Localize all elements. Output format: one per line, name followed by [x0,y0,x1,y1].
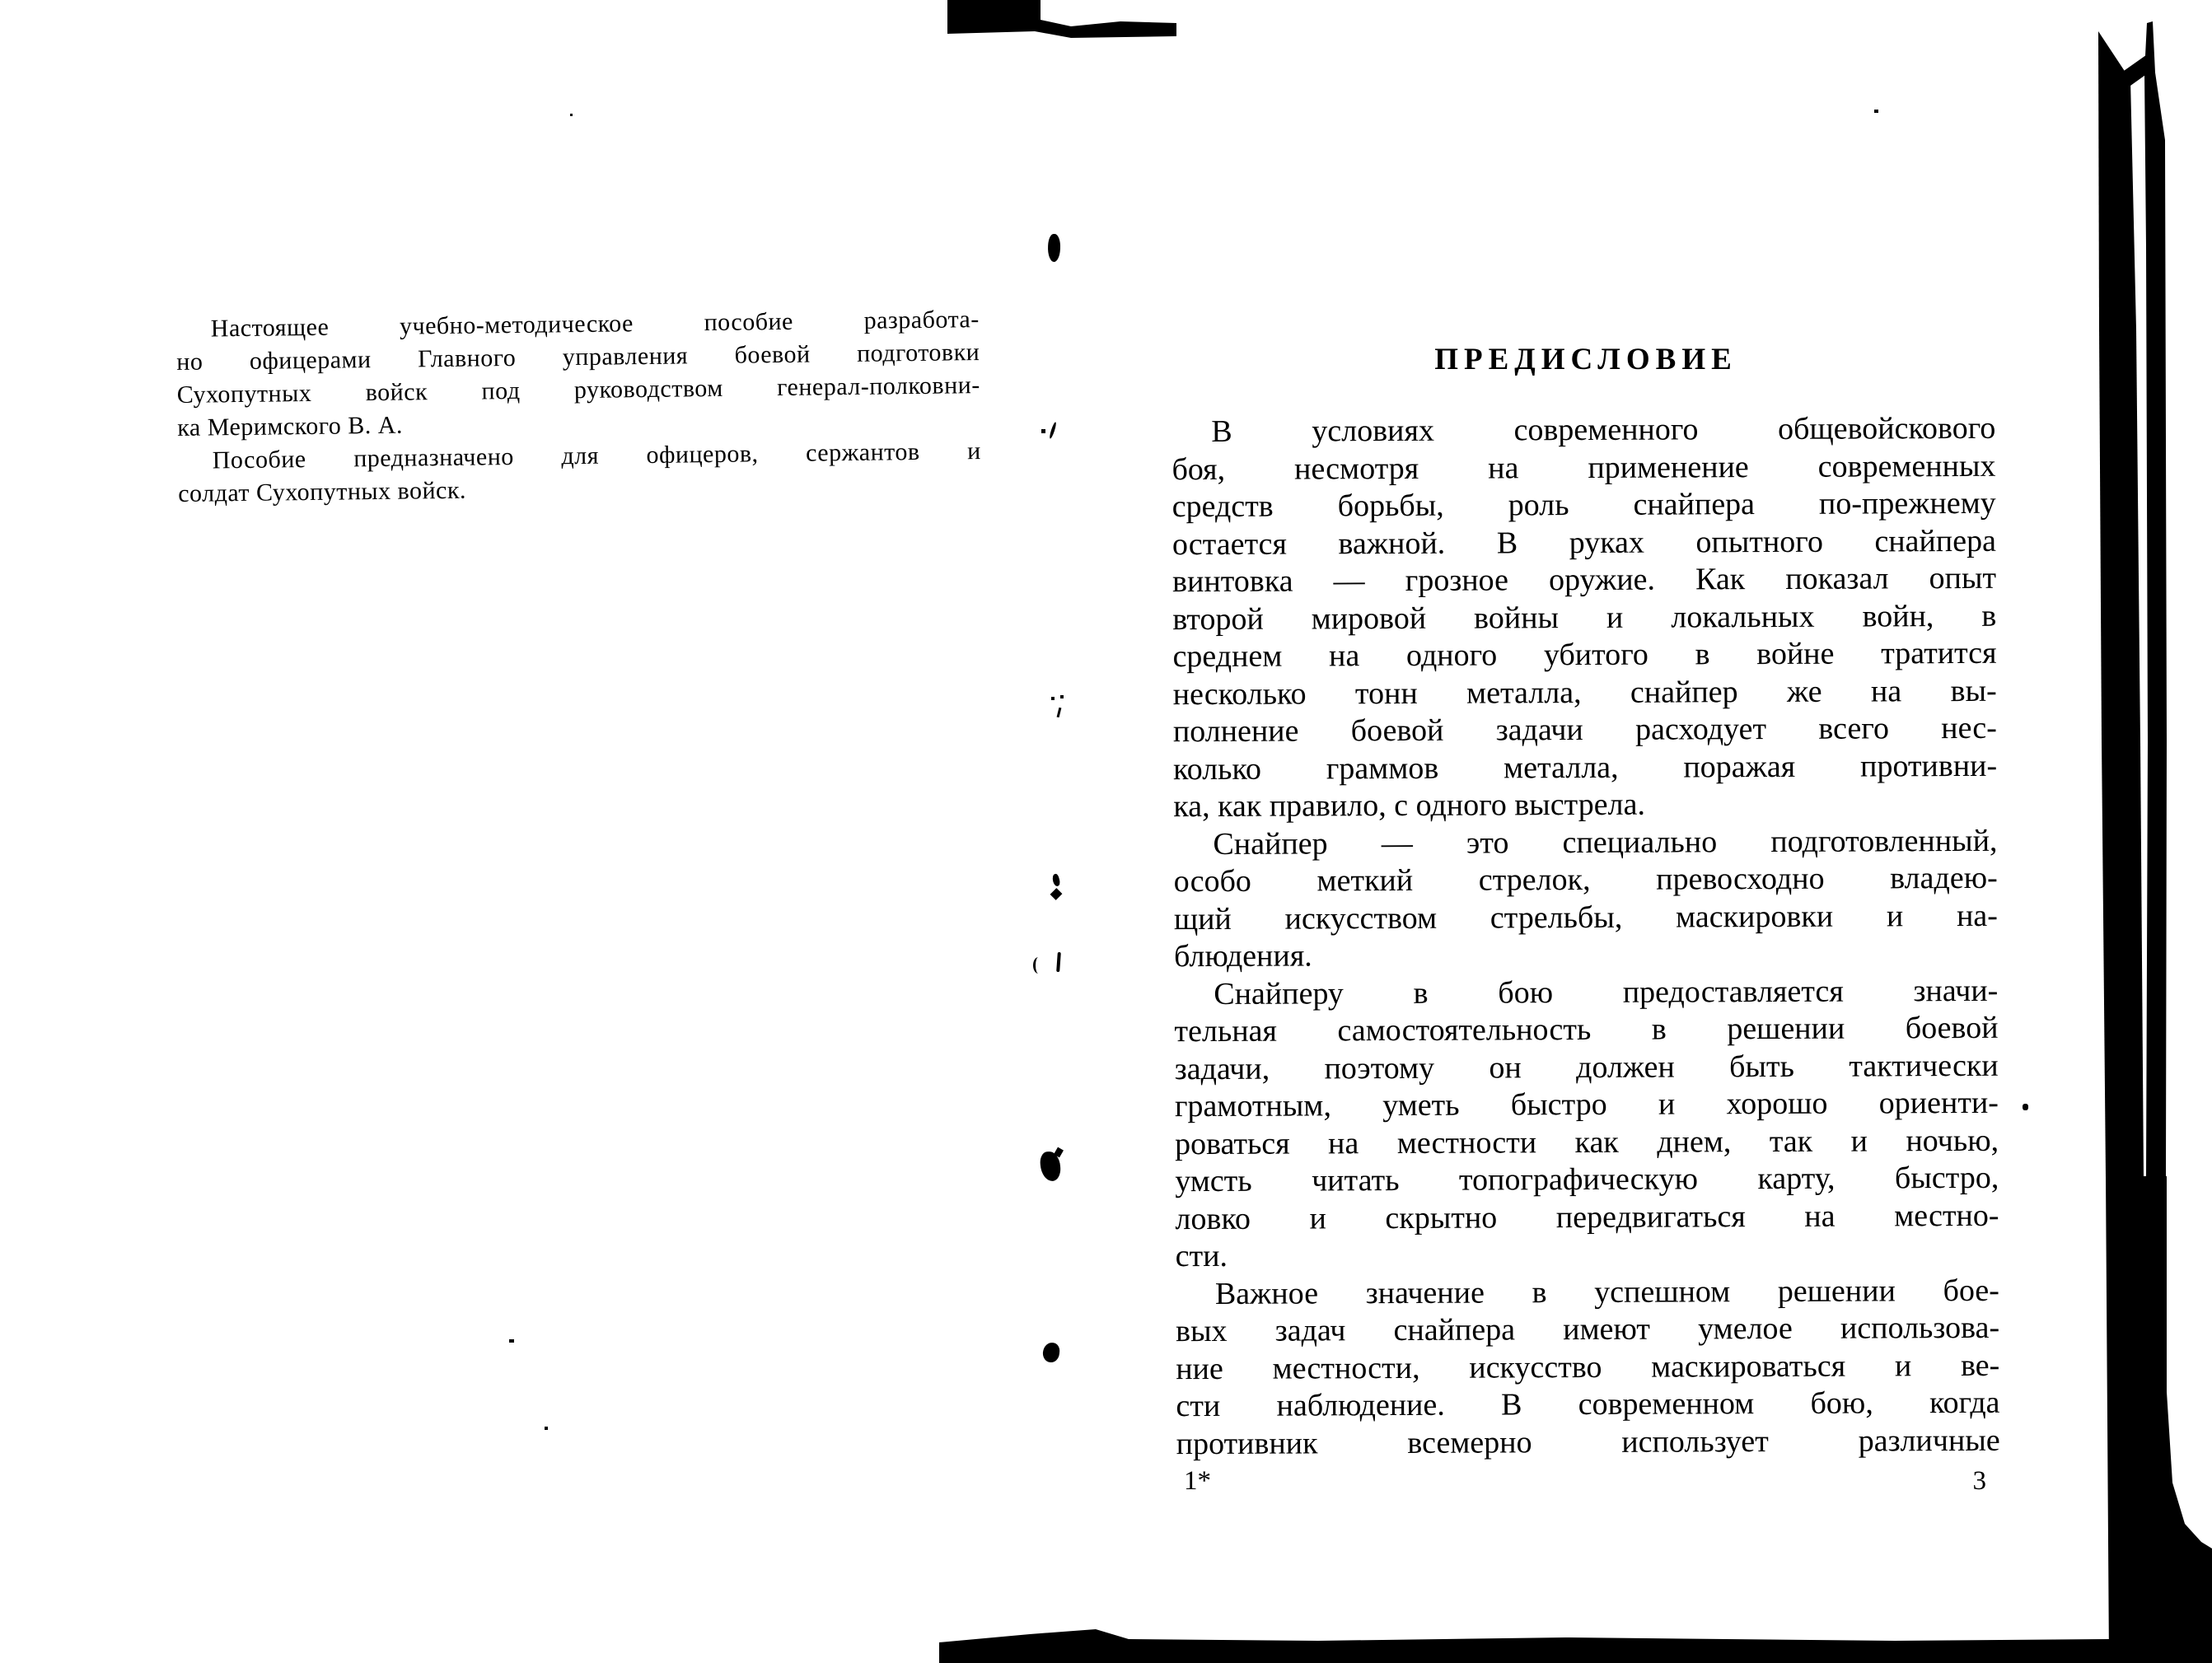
signature-mark: 1* [1174,1466,1211,1497]
ink-speck [1049,422,1057,439]
text-line: полнение боевой задачи расходует всего н… [1173,710,1997,751]
ink-speck [545,1427,548,1430]
preface-body-text: В условиях современного общевойсковогобо… [1171,410,2000,1463]
ink-speck [1051,697,1055,700]
text-line: роваться на местности как днем, так и но… [1175,1122,1999,1163]
text-line: остается важной. В руках опытного снайпе… [1172,522,1996,563]
ink-speck [509,1339,514,1343]
text-line: задачи, поэтому он должен быть тактическ… [1175,1047,1999,1088]
left-page-annotation-text: Настоящее учебно-методическое пособие ра… [176,303,982,511]
text-line: ние местности, искусство маскироваться и… [1176,1347,1999,1388]
page-edge-shadow-bottom-icon [939,1629,2110,1663]
text-line: ловко и скрытно передвигаться на местно- [1175,1197,1999,1238]
text-line: грамотным, уметь быстро и хорошо ориенти… [1175,1085,1999,1126]
text-line: винтовка — грозное оружие. Как показал о… [1172,560,1996,601]
scanned-book-spread: Настоящее учебно-методическое пособие ра… [0,0,2212,1663]
ink-speck [1057,708,1062,717]
ink-speck [570,114,573,116]
text-line: Снайпер — это специально подготовленный, [1173,822,1997,863]
ink-speck [1056,952,1061,972]
text-line: среднем на одного убитого в войне тратит… [1172,635,1996,676]
text-line: ка, как правило, с одного выстрела. [1173,785,1997,826]
text-line: средств борьбы, роль снайпера по-прежнем… [1172,485,1996,526]
ink-speck [1050,888,1063,900]
binding-smudge-top-icon [947,0,1176,38]
text-line: особо меткий стрелок, превосходно владею… [1174,860,1998,901]
page-number: 3 [1973,1466,1999,1497]
page-edge-shadow-right-icon [2098,31,2144,1178]
ink-speck [1041,429,1045,433]
text-line: щий искусством стрельбы, маскировки и на… [1174,897,1998,938]
text-line: В условиях современного общевойскового [1171,410,1995,451]
ink-speck [1060,695,1064,698]
text-line: умсть читать топографическую карту, быст… [1175,1160,1999,1201]
text-line: сти наблюдение. В современном бою, когда [1176,1385,1999,1426]
text-line: тельная самостоятельность в решении боев… [1174,1010,1998,1051]
page-footer: 1* 3 [1174,1466,1998,1497]
ink-speck [2023,1104,2028,1110]
chapter-heading: ПРЕДИСЛОВИЕ [1174,342,1998,377]
ink-speck [1047,234,1061,263]
text-line: колько граммов металла, поражая противни… [1173,747,1997,788]
text-line: блюдения. [1174,935,1998,976]
page-edge-shadow-right-icon [2124,51,2154,86]
ink-speck [1033,957,1044,974]
text-line: Снайперу в бою предоставляется значи- [1174,972,1998,1013]
ink-speck [1051,873,1061,887]
text-line: боя, несмотря на применение современных [1171,447,1995,488]
page-edge-shadow-right-icon [2144,21,2167,1178]
text-line: Важное значение в успешном решении бое- [1176,1272,1999,1313]
text-line: противник всемерно использует различные [1176,1422,2000,1463]
text-line: несколько тонн металла, снайпер же на вы… [1173,672,1997,713]
page-edge-shadow-right-icon [2106,1176,2212,1663]
ink-speck [1874,110,1878,113]
text-line: вых задач снайпера имеют умелое использо… [1176,1310,1999,1351]
text-line: второй мировой войны и локальных войн, в [1172,597,1996,638]
ink-speck [1042,1342,1060,1363]
text-line: сти. [1176,1235,1999,1276]
